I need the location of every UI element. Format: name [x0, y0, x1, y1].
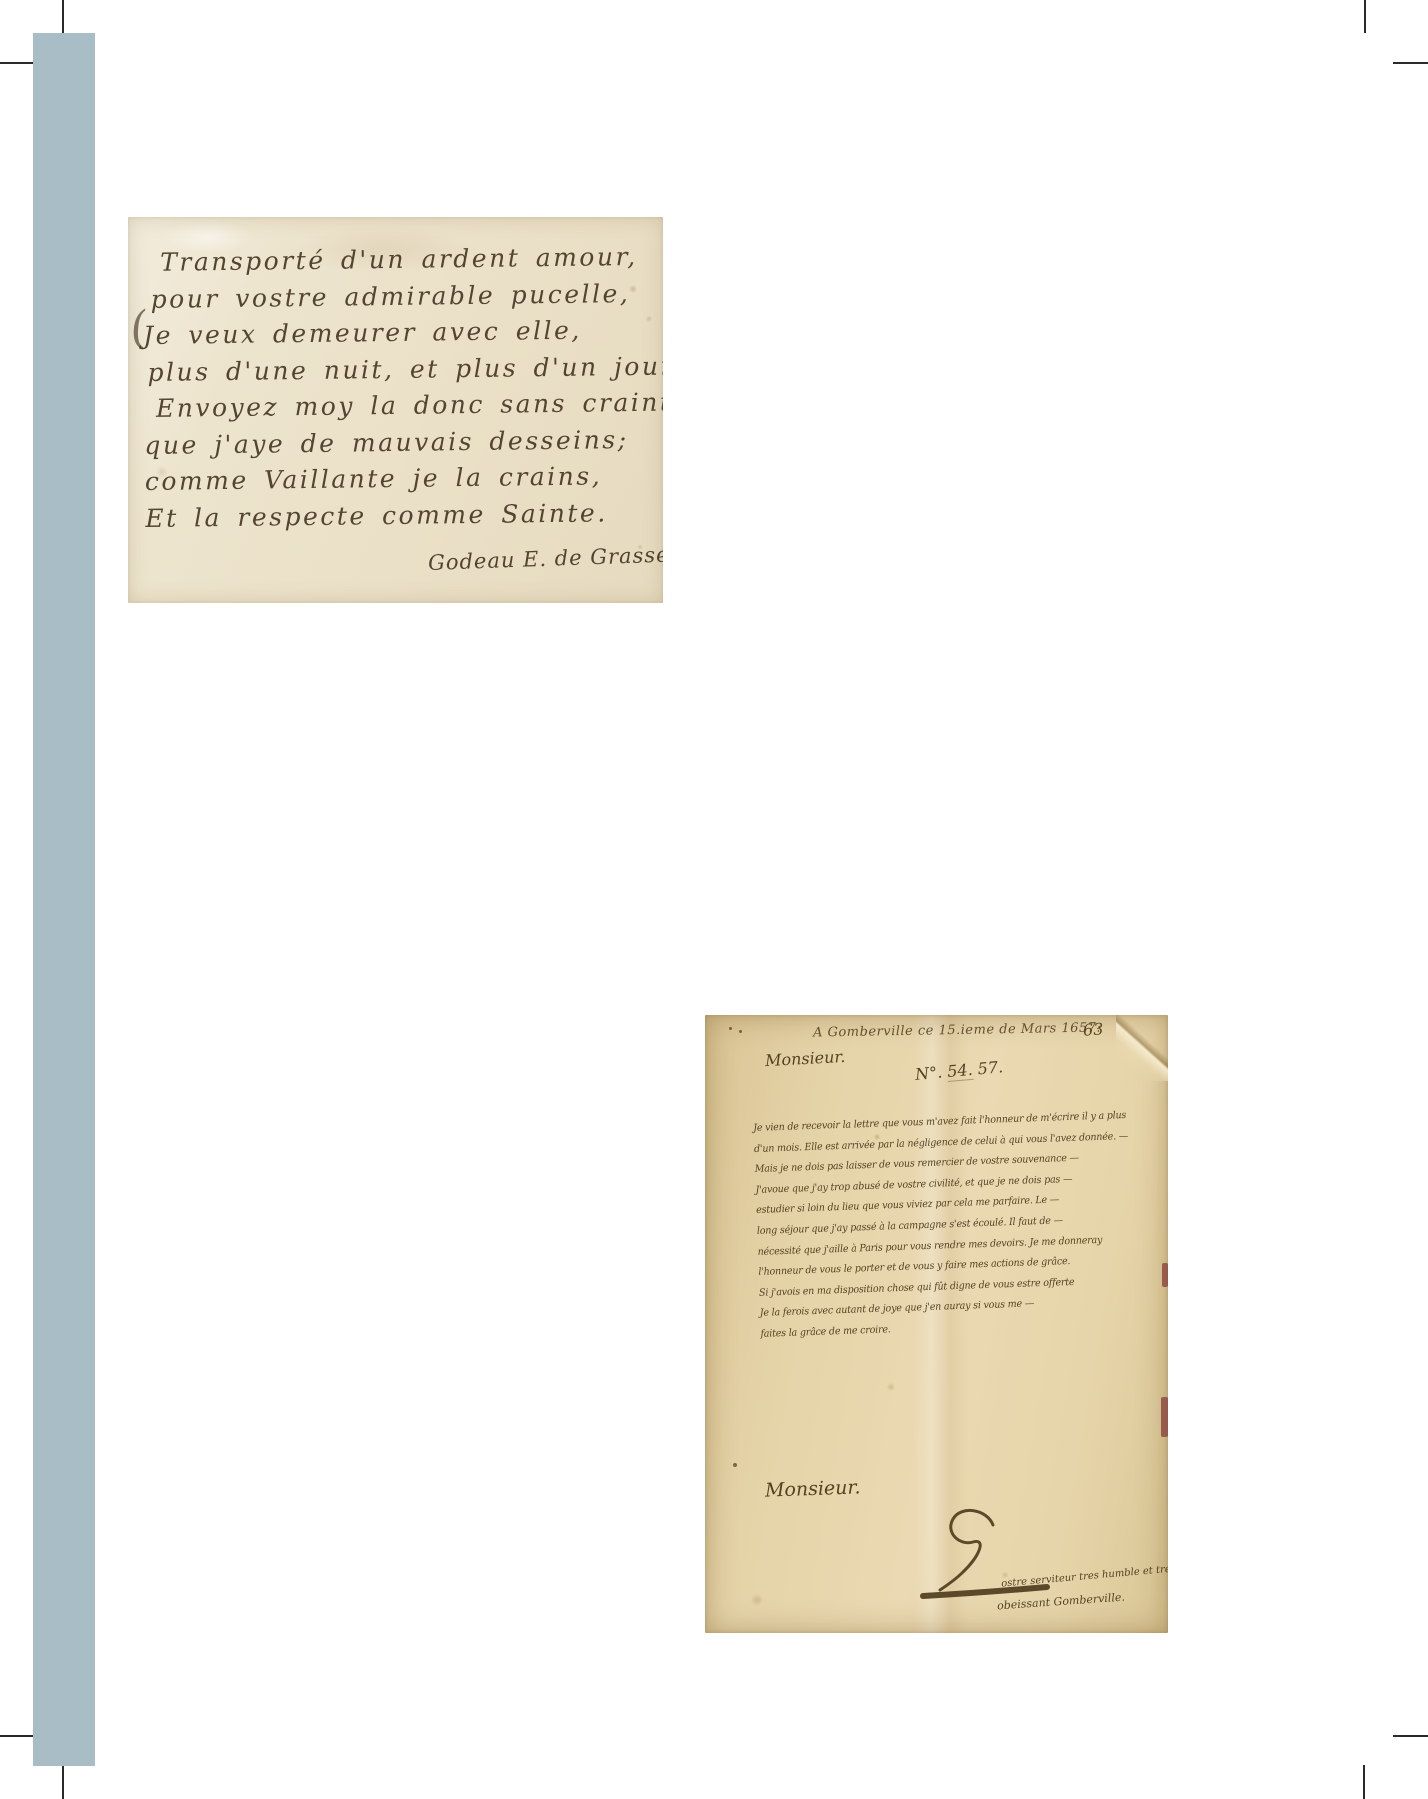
letter-reference-number: N°. 54. 57.	[914, 1057, 1004, 1084]
reference-num1: 54.	[946, 1060, 973, 1082]
poem-text-block: Transporté d'un ardent amour, pour vostr…	[142, 239, 661, 537]
poem-line: plus d'une nuit, et plus d'un jour;	[143, 348, 658, 391]
gomberville-signature-flourish	[915, 1505, 1115, 1605]
crop-mark-top-left-horizontal	[0, 62, 35, 64]
reference-num2: 57.	[977, 1057, 1004, 1078]
poem-manuscript-image: ( Transporté d'un ardent amour, pour vos…	[128, 217, 663, 603]
letter-manuscript-image: A Gomberville ce 15.ieme de Mars 1657: 6…	[705, 1015, 1168, 1633]
paper-corner-fold	[1116, 1015, 1168, 1081]
crop-mark-top-right-vertical	[1364, 0, 1366, 33]
ink-speck	[739, 1030, 742, 1033]
letter-body-block: Je vien de recevoir la lettre que vous m…	[753, 1106, 1144, 1346]
red-edge-mark	[1161, 1397, 1168, 1437]
poem-line: Et la respecte comme Sainte.	[145, 494, 660, 537]
poem-line: Je veux demeurer avec elle,	[143, 312, 658, 355]
crop-mark-bottom-left-horizontal	[0, 1735, 35, 1737]
letter-folio-number: 63	[1082, 1019, 1104, 1039]
poem-line: pour vostre admirable pucelle,	[142, 275, 657, 318]
letter-dateline: A Gomberville ce 15.ieme de Mars 1657:	[813, 1020, 1102, 1040]
poem-line: comme Vaillante je la crains,	[145, 458, 660, 501]
poem-line: Envoyez moy la donc sans crainte,	[144, 385, 659, 428]
poem-line: Transporté d'un ardent amour,	[142, 239, 657, 282]
poem-signature: Godeau E. de Grasse	[428, 543, 657, 575]
letter-salutation-top: Monsieur.	[765, 1047, 846, 1070]
ink-speck	[733, 1463, 737, 1467]
catalog-page: ( Transporté d'un ardent amour, pour vos…	[0, 0, 1428, 1799]
crop-mark-bottom-left-vertical	[62, 1765, 64, 1799]
red-edge-mark	[1162, 1263, 1168, 1287]
crop-mark-bottom-right-vertical	[1363, 1765, 1365, 1799]
crop-mark-top-right-horizontal	[1393, 62, 1428, 64]
ink-speck	[729, 1027, 732, 1030]
letter-closing-salutation: Monsieur.	[765, 1476, 861, 1501]
margin-color-bar	[33, 33, 95, 1766]
poem-line: que j'aye de mauvais desseins;	[144, 421, 659, 464]
crop-mark-top-left-vertical	[62, 0, 64, 33]
reference-prefix: N°.	[914, 1063, 943, 1084]
crop-mark-bottom-right-horizontal	[1393, 1735, 1428, 1737]
